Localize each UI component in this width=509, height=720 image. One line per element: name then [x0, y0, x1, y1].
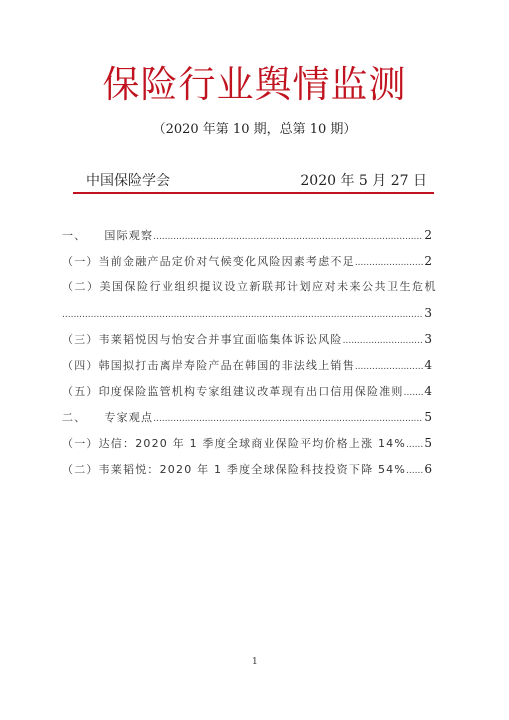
issue-subtitle: （2020 年第 10 期，总第 10 期） — [0, 121, 509, 139]
toc-entry-text: （一）达信：2020 年 1 季度全球商业保险平均价格上涨 14% — [62, 435, 406, 453]
table-of-contents: 一、 国际观察 2 （一）当前金融产品定价对气候变化风险因素考虑不足 2 （二）… — [62, 226, 432, 486]
toc-leader-dots — [355, 254, 424, 272]
toc-entry[interactable]: 二、 专家观点 5 — [62, 408, 432, 434]
toc-entry-number: 二、 — [62, 409, 86, 427]
toc-entry[interactable]: （一）达信：2020 年 1 季度全球商业保险平均价格上涨 14% 5 — [62, 434, 432, 460]
toc-leader-dots — [153, 410, 423, 428]
toc-leader-dots — [406, 436, 423, 454]
toc-entry-continuation[interactable]: 3 — [62, 304, 432, 330]
organization-name: 中国保险学会 — [86, 172, 170, 190]
toc-entry-text: （五）印度保险监管机构专家组建议改革现有出口信用保险准则 — [62, 383, 404, 401]
publish-date: 2020 年 5 月 27 日 — [300, 172, 427, 190]
toc-leader-dots — [355, 358, 424, 376]
toc-entry-text: 专家观点 — [104, 409, 153, 427]
toc-entry[interactable]: （五）印度保险监管机构专家组建议改革现有出口信用保险准则 4 — [62, 382, 432, 408]
toc-entry-page: 6 — [423, 460, 432, 478]
toc-entry-text: （二）美国保险行业组织提议设立新联邦计划应对未来公共卫生危机 — [62, 278, 437, 296]
toc-entry[interactable]: 一、 国际观察 2 — [62, 226, 432, 252]
toc-entry[interactable]: （二）韦莱韬悦：2020 年 1 季度全球保险科技投资下降 54% 6 — [62, 460, 432, 486]
toc-entry-text: （三）韦莱韬悦因与怡安合并事宜面临集体诉讼风险 — [62, 331, 343, 349]
toc-entry[interactable]: （一）当前金融产品定价对气候变化风险因素考虑不足 2 — [62, 252, 432, 278]
toc-leader-dots — [404, 384, 424, 402]
toc-entry-page: 5 — [423, 434, 432, 452]
toc-leader-dots — [62, 306, 423, 324]
toc-entry-page: 3 — [423, 330, 432, 348]
header-divider — [73, 192, 434, 194]
toc-entry-text: （一）当前金融产品定价对气候变化风险因素考虑不足 — [62, 253, 355, 271]
toc-entry-page: 4 — [423, 382, 432, 400]
toc-leader-dots — [343, 332, 424, 350]
toc-leader-dots — [406, 462, 423, 480]
toc-entry-number: 一、 — [62, 227, 86, 245]
toc-entry-page: 5 — [423, 408, 432, 426]
toc-entry-page: 3 — [423, 304, 432, 322]
toc-entry-text: （二）韦莱韬悦：2020 年 1 季度全球保险科技投资下降 54% — [62, 461, 406, 479]
toc-entry[interactable]: （二）美国保险行业组织提议设立新联邦计划应对未来公共卫生危机 — [62, 278, 432, 304]
toc-leader-dots — [153, 228, 423, 246]
toc-entry[interactable]: （三）韦莱韬悦因与怡安合并事宜面临集体诉讼风险 3 — [62, 330, 432, 356]
toc-entry[interactable]: （四）韩国拟打击离岸寿险产品在韩国的非法线上销售 4 — [62, 356, 432, 382]
page-number: 1 — [252, 657, 258, 667]
document-title: 保险行业舆情监测 — [0, 62, 509, 108]
toc-entry-text: 国际观察 — [104, 227, 153, 245]
toc-entry-page: 2 — [423, 252, 432, 270]
toc-entry-page: 4 — [423, 356, 432, 374]
toc-entry-text: （四）韩国拟打击离岸寿险产品在韩国的非法线上销售 — [62, 357, 355, 375]
toc-entry-page: 2 — [423, 226, 432, 244]
